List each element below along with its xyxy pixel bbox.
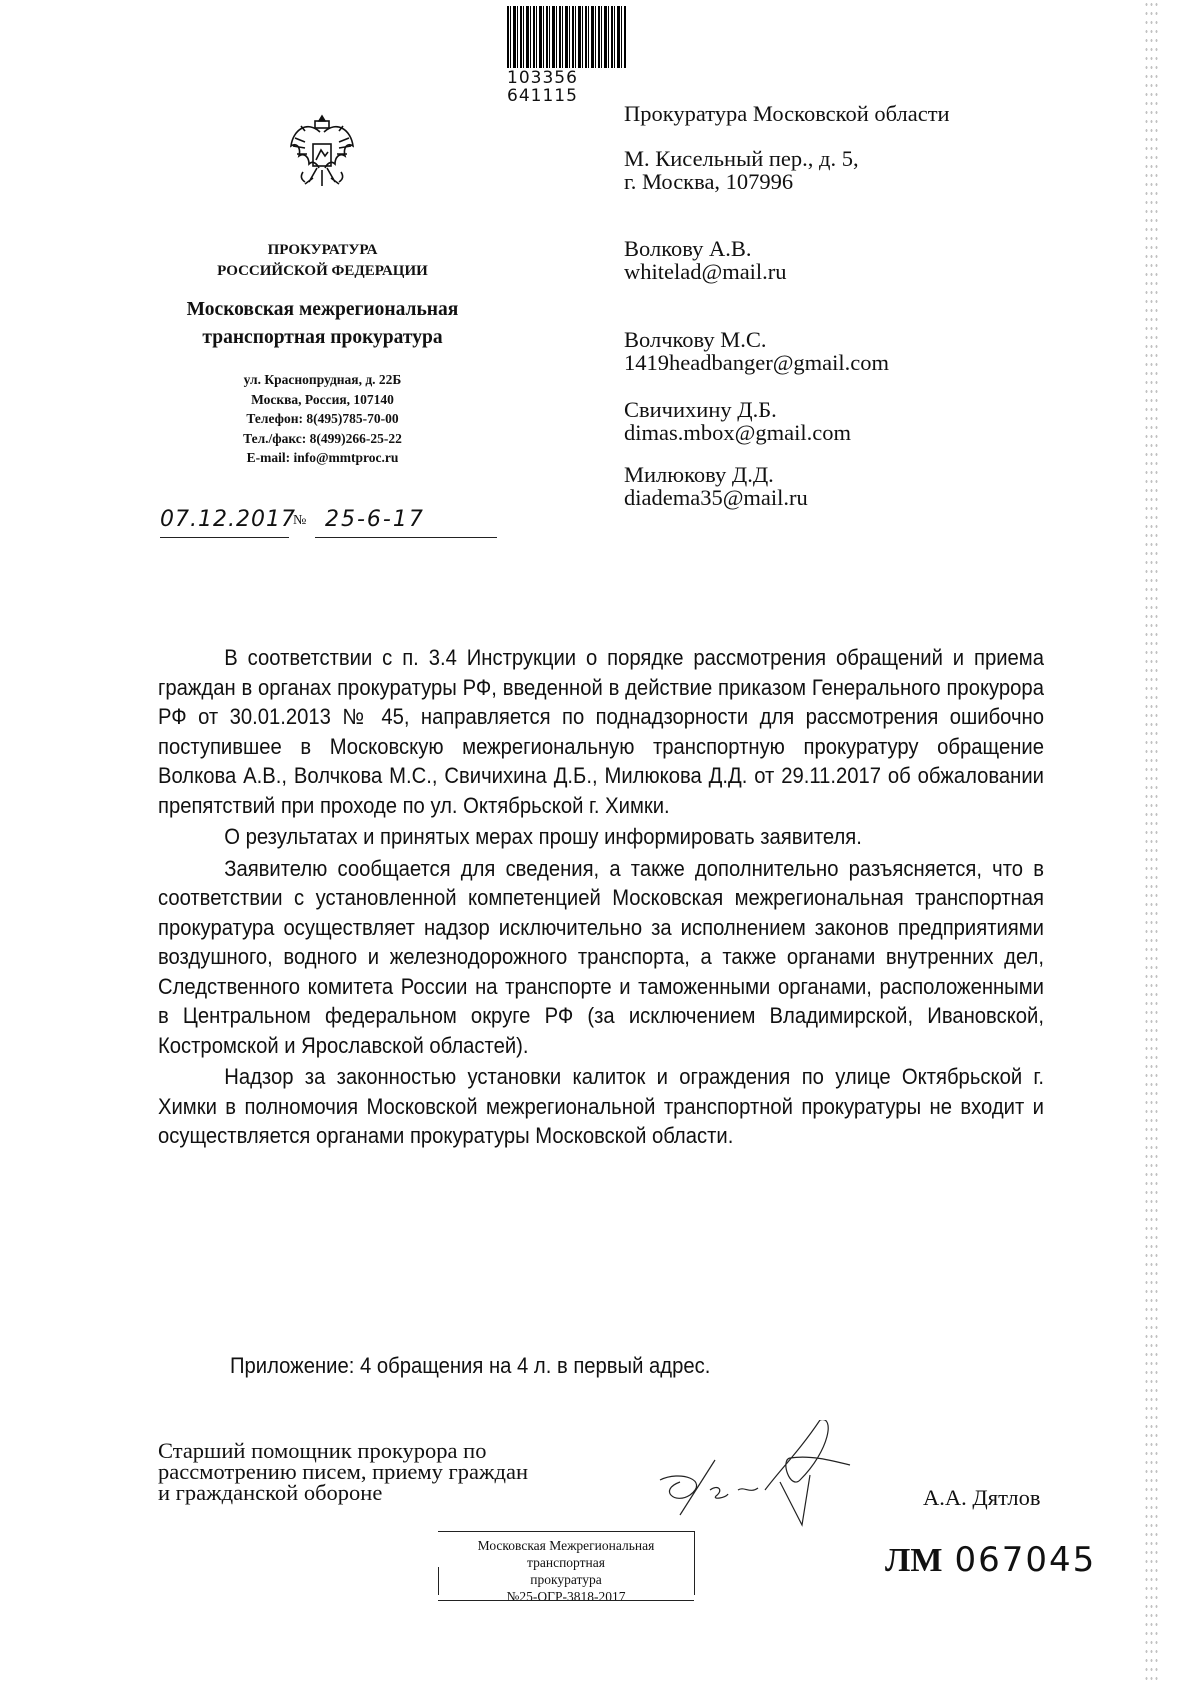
- org-name-line2: РОССИЙСКОЙ ФЕДЕРАЦИИ: [150, 261, 495, 282]
- barcode-bars: [507, 6, 627, 68]
- scan-edge-noise: [1144, 0, 1158, 1683]
- coat-of-arms-icon: [287, 112, 357, 194]
- recipient-name: Прокуратура Московской области: [624, 102, 1044, 125]
- serial-number: 067045: [954, 1540, 1096, 1580]
- address-city: Москва, Россия, 107140: [150, 390, 495, 410]
- recipient-name: Милюкову Д.Д.: [624, 463, 1044, 486]
- handwritten-signature-icon: [650, 1420, 890, 1530]
- address-fax: Тел./факс: 8(499)266-25-22: [150, 429, 495, 449]
- recipient-milyukov: Милюкову Д.Д. diadema35@mail.ru: [624, 463, 1044, 509]
- registration-stamp: Московская Межрегиональная транспортная …: [438, 1531, 695, 1595]
- stamp-left-border: [438, 1567, 439, 1595]
- recipient-email: diadema35@mail.ru: [624, 486, 1044, 509]
- signatory-title: Старший помощник прокурора по рассмотрен…: [158, 1440, 528, 1503]
- recipient-name: Волчкову М.С.: [624, 328, 1044, 351]
- recipient-address: М. Кисельный пер., д. 5, г. Москва, 1079…: [624, 147, 1044, 193]
- body-paragraph: Заявителю сообщается для сведения, а так…: [158, 854, 1044, 1061]
- date-underline: [160, 537, 289, 538]
- recipient-svichikhin: Свичихину Д.Б. dimas.mbox@gmail.com: [624, 398, 1044, 444]
- barcode: 103356 641115: [507, 6, 627, 88]
- stamp-line3: №25-ОГР-3818-2017: [438, 1588, 694, 1605]
- address-phone: Телефон: 8(495)785-70-00: [150, 409, 495, 429]
- recipient-city: г. Москва, 107996: [624, 170, 1044, 193]
- form-serial: ЛМ067045: [885, 1540, 1096, 1580]
- recipient-volkov: Волкову А.В. whitelad@mail.ru: [624, 237, 1044, 283]
- serial-series: ЛМ: [885, 1542, 942, 1579]
- unit-name-line2: транспортная прокуратура: [150, 324, 495, 352]
- org-name-line1: ПРОКУРАТУРА: [150, 240, 495, 261]
- address-street: ул. Краснопрудная, д. 22Б: [150, 370, 495, 390]
- unit-name-line1: Московская межрегиональная: [150, 296, 495, 324]
- recipient-prosecutor: Прокуратура Московской области: [624, 102, 1044, 125]
- signatory-title-line: и гражданской обороне: [158, 1482, 528, 1503]
- recipient-email: whitelad@mail.ru: [624, 260, 1044, 283]
- recipient-name: Свичихину Д.Б.: [624, 398, 1044, 421]
- date-number-line: 07.12.2017 № 25-6-17: [160, 505, 500, 541]
- body-paragraph: О результатах и принятых мерах прошу инф…: [158, 822, 1044, 852]
- signatory-title-line: Старший помощник прокурора по: [158, 1440, 528, 1461]
- signatory-title-line: рассмотрению писем, приему граждан: [158, 1461, 528, 1482]
- stamp-line2: прокуратура: [438, 1571, 694, 1588]
- body-paragraph: В соответствии с п. 3.4 Инструкции о пор…: [158, 643, 1044, 820]
- barcode-number: 103356 641115: [507, 69, 627, 105]
- address-email: E-mail: info@mmtproc.ru: [150, 448, 495, 468]
- signatory-name: А.А. Дятлов: [923, 1485, 1040, 1511]
- sender-block: ПРОКУРАТУРА РОССИЙСКОЙ ФЕДЕРАЦИИ Московс…: [150, 240, 495, 468]
- recipient-name: Волкову А.В.: [624, 237, 1044, 260]
- body-paragraph: Надзор за законностью установки калиток …: [158, 1062, 1044, 1151]
- recipient-volchkov: Волчкову М.С. 1419headbanger@gmail.com: [624, 328, 1044, 374]
- recipient-street: М. Кисельный пер., д. 5,: [624, 147, 1044, 170]
- letter-body: В соответствии с п. 3.4 Инструкции о пор…: [158, 643, 973, 1151]
- letter-ref-number: 25-6-17: [325, 507, 425, 532]
- letter-date: 07.12.2017: [160, 507, 296, 532]
- number-underline: [315, 537, 497, 538]
- recipient-email: 1419headbanger@gmail.com: [624, 351, 1044, 374]
- sender-address: ул. Краснопрудная, д. 22Б Москва, Россия…: [150, 370, 495, 468]
- recipient-email: dimas.mbox@gmail.com: [624, 421, 1044, 444]
- stamp-line1: Московская Межрегиональная транспортная: [438, 1537, 694, 1571]
- number-sign: №: [293, 513, 306, 529]
- stamp-bottom-border: [438, 1600, 694, 1601]
- attachment-note: Приложение: 4 обращения на 4 л. в первый…: [230, 1353, 710, 1379]
